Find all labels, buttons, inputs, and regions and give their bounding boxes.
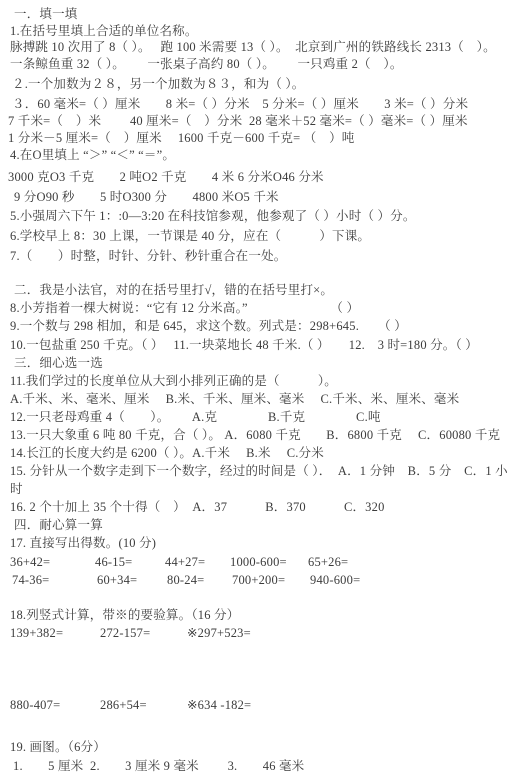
calc-item: 1000-600= — [230, 555, 308, 570]
calc-item: 700+200= — [232, 573, 310, 588]
calc-item: 65+26= — [308, 555, 348, 570]
calc-item: 74-36= — [12, 573, 97, 588]
q19-items: 1. 5 厘米 2. 3 厘米 9 毫米 3. 46 毫米 — [13, 759, 304, 774]
section2-heading: 二．我是小法官，对的在括号里打√，错的在括号里打×。 — [14, 283, 333, 298]
q3-row1: ３．60 毫米=（ ）厘米 8 米=（ ）分米 5 分米=（ ）厘米 3 米=（… — [12, 97, 468, 112]
q17-row1: 36+42=46-15=44+27=1000-600=65+26= — [10, 555, 348, 570]
q11-options: A.千米、米、毫米、厘米 B.米、千米、厘米、毫米 C.千米、米、厘米、毫米 — [10, 392, 459, 407]
q19-prompt: 19. 画图。（6分） — [10, 740, 106, 755]
calc-item: ※297+523= — [187, 626, 251, 641]
q18-prompt: 18.列竖式计算，带※的要验算。（16 分） — [10, 608, 239, 623]
q4-prompt: 4.在O里填上 “＞” “＜” “＝”。 — [10, 148, 175, 163]
calc-item: 46-15= — [95, 555, 165, 570]
q6-line: 6.学校早上 8：30 上课，一节课是 40 分，应在（ ）下课。 — [10, 229, 370, 244]
calc-item: 286+54= — [100, 698, 187, 713]
q10-q12-line: 10.一包盐重 250 千克。（ ） 11.一块菜地长 48 千米.（ ） 12… — [10, 338, 478, 353]
q18-row1: 139+382=272-157=※297+523= — [10, 626, 251, 641]
calc-item: 880-407= — [10, 698, 100, 713]
section4-heading: 四．耐心算一算 — [14, 518, 103, 533]
calc-item: 80-24= — [167, 573, 232, 588]
q14-line: 14.长江的长度大约是 6200（ ）。A.千米 B.米 C.分米 — [10, 446, 324, 461]
worksheet-page: 一．填一填 1.在括号里填上合适的单位名称。 脉搏跳 10 次用了 8（ ）。 … — [0, 0, 532, 775]
calc-item: ※634 -182= — [187, 698, 251, 713]
q18-row2: 880-407=286+54=※634 -182= — [10, 698, 251, 713]
calc-item: 940-600= — [310, 573, 360, 588]
q9-line: 9.一个数与 298 相加，和是 645，求这个数。列式是：298+645. （… — [10, 319, 407, 334]
section3-heading: 三．细心选一选 — [14, 356, 103, 371]
q1-row1: 脉搏跳 10 次用了 8（ ）。 跑 100 米需要 13（ ）。 北京到广州的… — [10, 40, 496, 55]
q15-line1: 15. 分针从一个数字走到下一个数字，经过的时间是（ ）． A．1 分钟 B．5… — [10, 464, 508, 479]
q7-line: 7.（ ）时整，时针、分针、秒针重合在一处。 — [10, 249, 286, 264]
q5-line: 5.小强周六下午 1：:0—3:20 在科技馆参观，他参观了（ ）小时（ ）分。 — [10, 209, 416, 224]
q2-line: ２.一个加数为２８，另一个加数为８３，和为（ ）。 — [12, 77, 305, 92]
q4-row2: 9 分O90 秒 5 时O300 分 4800 米O5 千米 — [14, 190, 279, 205]
calc-item: 139+382= — [10, 626, 100, 641]
q11-prompt: 11.我们学过的长度单位从大到小排列正确的是（ ）。 — [10, 374, 337, 389]
q15-line2: 时 — [10, 482, 23, 497]
q17-prompt: 17. 直接写出得数。(10 分) — [10, 536, 156, 551]
q3-row3: 1 分米－5 厘米=（ ）厘米 1600 千克－600 千克= （ ）吨 — [8, 131, 355, 146]
calc-item: 60+34= — [97, 573, 167, 588]
q17-row2: 74-36=60+34=80-24=700+200=940-600= — [12, 573, 360, 588]
q12-line: 12.一只老母鸡重 4（ ）。 A.克 B.千克 C.吨 — [10, 410, 381, 425]
q3-row2: 7 千米=（ ）米 40 厘米=（ ）分米 28 毫米＋52 毫米=（ ）毫米=… — [8, 114, 468, 129]
calc-item: 44+27= — [165, 555, 230, 570]
q8-line: 8.小芳指着一棵大树说：“它有 12 分米高。” （ ） — [10, 301, 359, 316]
q13-line: 13.一只大象重 6 吨 80 千克，合（ ）。 A．6080 千克 B．680… — [10, 428, 500, 443]
q1-row2: 一条鲸鱼重 32（ ）。 一张桌子高约 80（ ）。 一只鸡重 2（ ）。 — [10, 57, 403, 72]
section1-heading: 一．填一填 — [14, 7, 78, 22]
q16-line: 16. 2 个十加上 35 个十得（ ） A．37 B．370 C．320 — [10, 500, 385, 515]
q4-row1: 3000 克O3 千克 2 吨O2 千克 4 米 6 分米O46 分米 — [8, 170, 324, 185]
calc-item: 272-157= — [100, 626, 187, 641]
calc-item: 36+42= — [10, 555, 95, 570]
q1-prompt: 1.在括号里填上合适的单位名称。 — [10, 24, 198, 39]
